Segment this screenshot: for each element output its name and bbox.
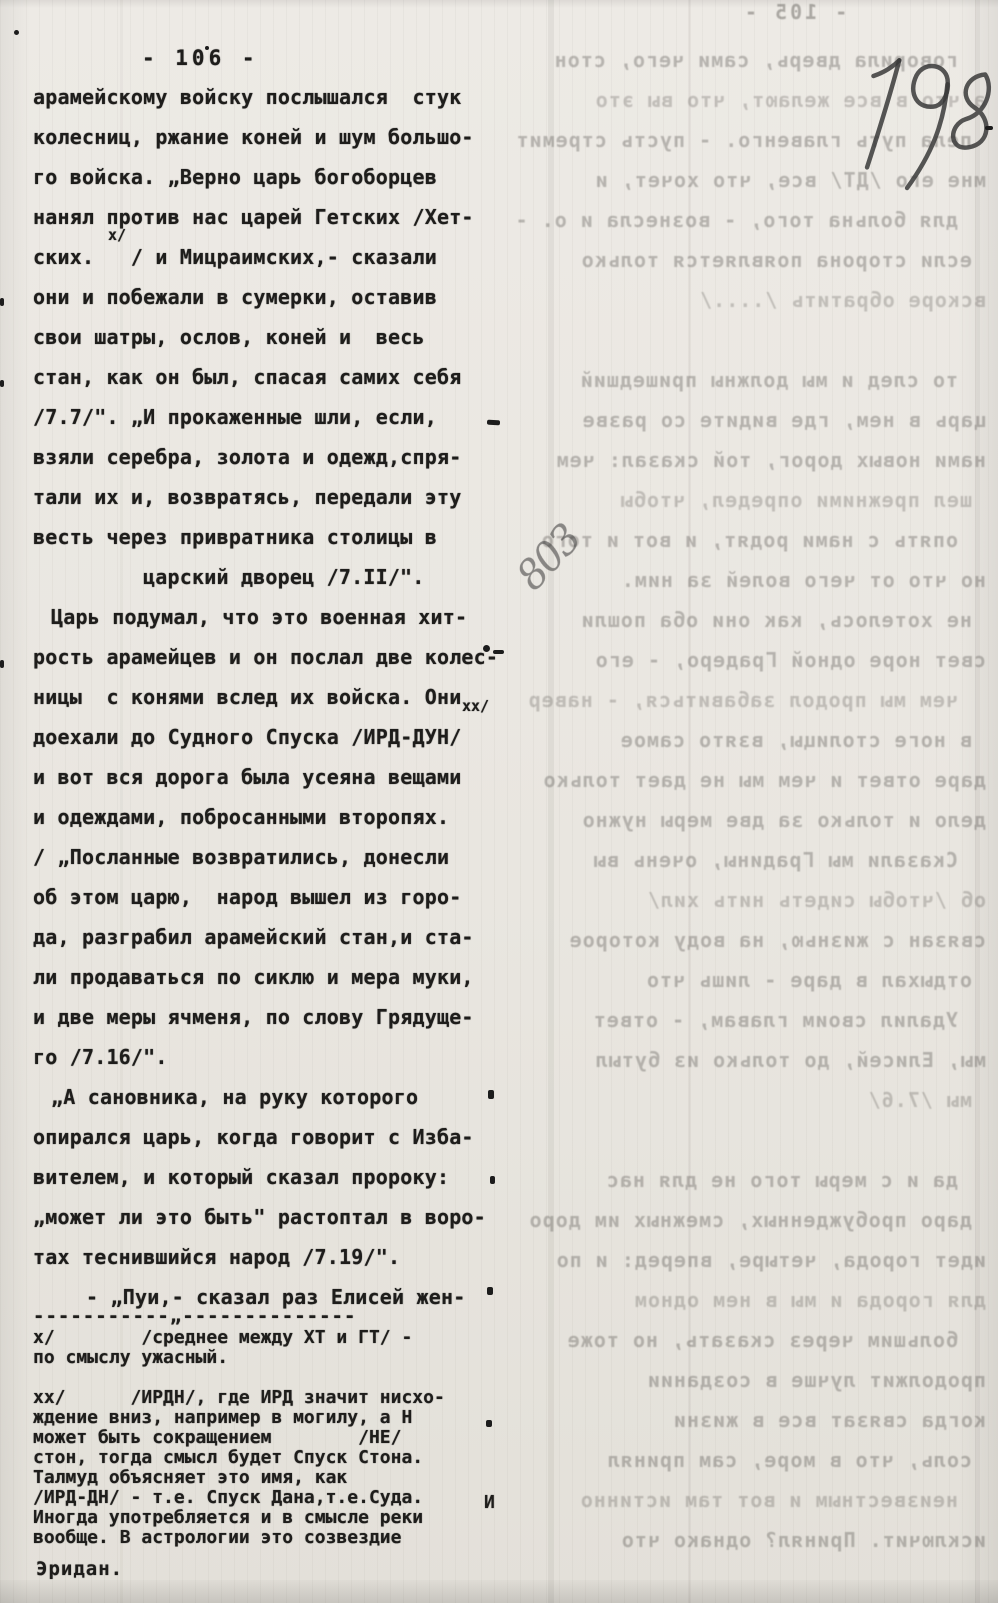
bleedthrough-line: опять с нами родят, и вот и того	[514, 520, 986, 560]
bleedthrough-line: даре ответ и чем мы не дает только	[514, 760, 986, 800]
scan-speck	[487, 420, 500, 426]
scan-speck	[483, 645, 490, 652]
handwritten-number-198	[839, 25, 998, 213]
scanned-document-page: - 105 - говорила дверь, сами чего, стона…	[0, 0, 998, 1603]
typewritten-line: доехали до Судного Спуска /ИРД-ДУН/	[33, 717, 505, 757]
typewritten-line: весть через привратника столицы в	[33, 517, 505, 557]
scan-speck	[985, 126, 993, 130]
page-number: - 106 -	[142, 46, 259, 70]
typewritten-line: свои шатры, ослов, коней и весь	[33, 317, 505, 357]
bleedthrough-line: мы /7.6/	[514, 1080, 986, 1120]
footnote-last-word: Эридан.	[36, 1558, 123, 1580]
typewritten-line: „А сановника, на руку которого	[33, 1077, 505, 1117]
scan-speck	[486, 1420, 492, 1427]
scan-speck	[0, 298, 4, 306]
footnote-line: Иногда употребляется и в смысле реки	[33, 1508, 505, 1528]
typewritten-line: стан, как он был, спасая самих себя	[33, 357, 505, 397]
bleedthrough-line: Удалил своим главам, - ответ	[514, 1000, 986, 1040]
footnote-separator: -----------„--------------	[33, 1305, 356, 1327]
typewritten-line: и одеждами, побросанными второпях.	[33, 797, 505, 837]
stray-ink-mark: И	[484, 1492, 495, 1513]
footnote-line: ждение вниз, например в могилу, а Н	[33, 1408, 505, 1428]
bleedthrough-line: когда связат все в жизни	[514, 1400, 986, 1440]
bleedthrough-line: вскоре обратить /..../	[514, 280, 986, 320]
scan-speck	[490, 1176, 495, 1184]
scan-bottom-shadow	[0, 1580, 998, 1603]
scan-speck	[0, 380, 4, 387]
scan-top-shadow	[0, 0, 998, 8]
footnote-line: вообще. В астрологии это созвездие	[33, 1528, 505, 1548]
typewritten-line: ницы с конями вслед их войска. Они	[33, 677, 505, 717]
typewritten-line: опирался царь, когда говорит с Изба-	[33, 1117, 505, 1157]
scan-speck	[493, 650, 504, 654]
footnote-marker-x: х/	[108, 226, 126, 244]
bleedthrough-line: не хотелось, как они оба пошли	[514, 600, 986, 640]
typewritten-line: го /7.16/".	[33, 1037, 505, 1077]
footnote-line: по смыслу ужасный.	[33, 1348, 505, 1368]
bleedthrough-page-number: - 105 -	[742, 0, 847, 24]
footnote-line: х/ /среднее между ХТ и ГТ/ -	[33, 1328, 505, 1348]
bleedthrough-line	[514, 320, 986, 360]
bleedthrough-line: идет города, четыре, вперед: и по	[514, 1240, 986, 1280]
typewritten-line: об этом царю, народ вышел из горо-	[33, 877, 505, 917]
bleedthrough-line: мы, Елисей, до только из бутыл	[514, 1040, 986, 1080]
typewritten-line: и вот вся дорога была усеяна вещами	[33, 757, 505, 797]
footnote-line: Талмуд объясняет это имя, как	[33, 1468, 505, 1488]
bleedthrough-line: царь в нем, где видите со разве	[514, 400, 986, 440]
typewritten-line: го войска. „Верно царь богоборцев	[33, 157, 505, 197]
typewritten-line: царский дворец /7.II/".	[33, 557, 505, 597]
scan-speck	[14, 30, 19, 35]
typewritten-line: рость арамейцев и он послал две колес-	[33, 637, 505, 677]
footnotes-block: х/ /среднее между ХТ и ГТ/ -по смыслу уж…	[33, 1328, 505, 1548]
bleedthrough-line: если сторона появляется только	[514, 240, 986, 280]
bleedthrough-line: даро пробужденных, смежных им доро	[514, 1200, 986, 1240]
bleedthrough-line: для города и мы в нем одном	[514, 1280, 986, 1320]
typewritten-line: ли продаваться по сиклю и мера муки,	[33, 957, 505, 997]
scan-speck	[205, 46, 209, 50]
typewritten-line: взяли серебра, золота и одежд,спря-	[33, 437, 505, 477]
typewritten-line: и две меры ячменя, по слову Грядуще-	[33, 997, 505, 1037]
bleedthrough-line: соль, что в море, сам принял	[514, 1440, 986, 1480]
footnote-marker-xx: хх/	[462, 697, 489, 715]
typewritten-line: арамейскому войску послышался стук	[33, 77, 505, 117]
bleedthrough-line: шел прежними определ, чтобы	[514, 480, 986, 520]
typewritten-line: они и побежали в сумерки, оставив	[33, 277, 505, 317]
bleedthrough-line: чем мы продол забавиться, - навер	[514, 680, 986, 720]
bleedthrough-line	[514, 1120, 986, 1160]
footnote-line: /ИРД-ДН/ - т.е. Спуск Дана,т.е.Суда.	[33, 1488, 505, 1508]
typewritten-line: тах теснившийся народ /7.19/".	[33, 1237, 505, 1277]
footnote-line	[33, 1368, 505, 1388]
bleedthrough-line: продолжит лучше в создании	[514, 1360, 986, 1400]
typewritten-line: нанял против нас царей Гетских /Хет-	[33, 197, 505, 237]
typewritten-line: / „Посланные возвратились, донесли	[33, 837, 505, 877]
typewritten-line: тали их и, возвратясь, передали эту	[33, 477, 505, 517]
bleedthrough-line: исключит. Принял? однако что	[514, 1520, 986, 1560]
typewritten-line: Царь подумал, что это военная хит-	[33, 597, 505, 637]
bleedthrough-line: неизвестным и вот там истинно	[514, 1480, 986, 1520]
typewritten-line: вителем, и который сказал пророку:	[33, 1157, 505, 1197]
footnote-line: может быть сокращением /НЕ/	[33, 1428, 505, 1448]
typewritten-line: колесниц, ржание коней и шум большо-	[33, 117, 505, 157]
typewritten-line: „может ли это быть" растоптал в воро-	[33, 1197, 505, 1237]
scan-speck	[488, 1090, 494, 1099]
bleedthrough-column: говорила дверь, сами чего, стона что в в…	[514, 40, 986, 1560]
bleedthrough-line: об /чтобы сидеть нить хил/	[514, 880, 986, 920]
scan-speck	[487, 1287, 493, 1295]
bleedthrough-line: дело и только за две меры нужно	[514, 800, 986, 840]
bleedthrough-line: свет норе одной Градеро, - его	[514, 640, 986, 680]
bleedthrough-line: большим через сказать, но тоже	[514, 1320, 986, 1360]
bleedthrough-line: Сказали мы Градины, очень вы	[514, 840, 986, 880]
scan-speck	[0, 660, 4, 668]
bleedthrough-line: в ноге столицы, взято самое	[514, 720, 986, 760]
bleedthrough-line: отдыхал в даре - лишь что	[514, 960, 986, 1000]
footnote-line: стон, тогда смысл будет Спуск Стона.	[33, 1448, 505, 1468]
footnote-line: хх/ /ИРДН/, где ИРД значит нисхо-	[33, 1388, 505, 1408]
bleedthrough-line: но что от чего волей за ним.	[514, 560, 986, 600]
bleedthrough-line: нами новых дорог, той сказал: чем	[514, 440, 986, 480]
bleedthrough-line: да и с меры того не для нас	[514, 1160, 986, 1200]
main-text-column: арамейскому войску послышался стукколесн…	[33, 77, 505, 1317]
bleedthrough-line: связан с жизнью, на воду которое	[514, 920, 986, 960]
typewritten-line: /7.7/". „И прокаженные шли, если,	[33, 397, 505, 437]
typewritten-line: ских. / и Мицраимских,- сказали	[33, 237, 505, 277]
bleedthrough-line: то след и мы должны пришедший	[514, 360, 986, 400]
bleedthrough-line: для больна того, - вознесла и о. -	[514, 200, 986, 240]
typewritten-line: да, разграбил арамейский стан,и ста-	[33, 917, 505, 957]
